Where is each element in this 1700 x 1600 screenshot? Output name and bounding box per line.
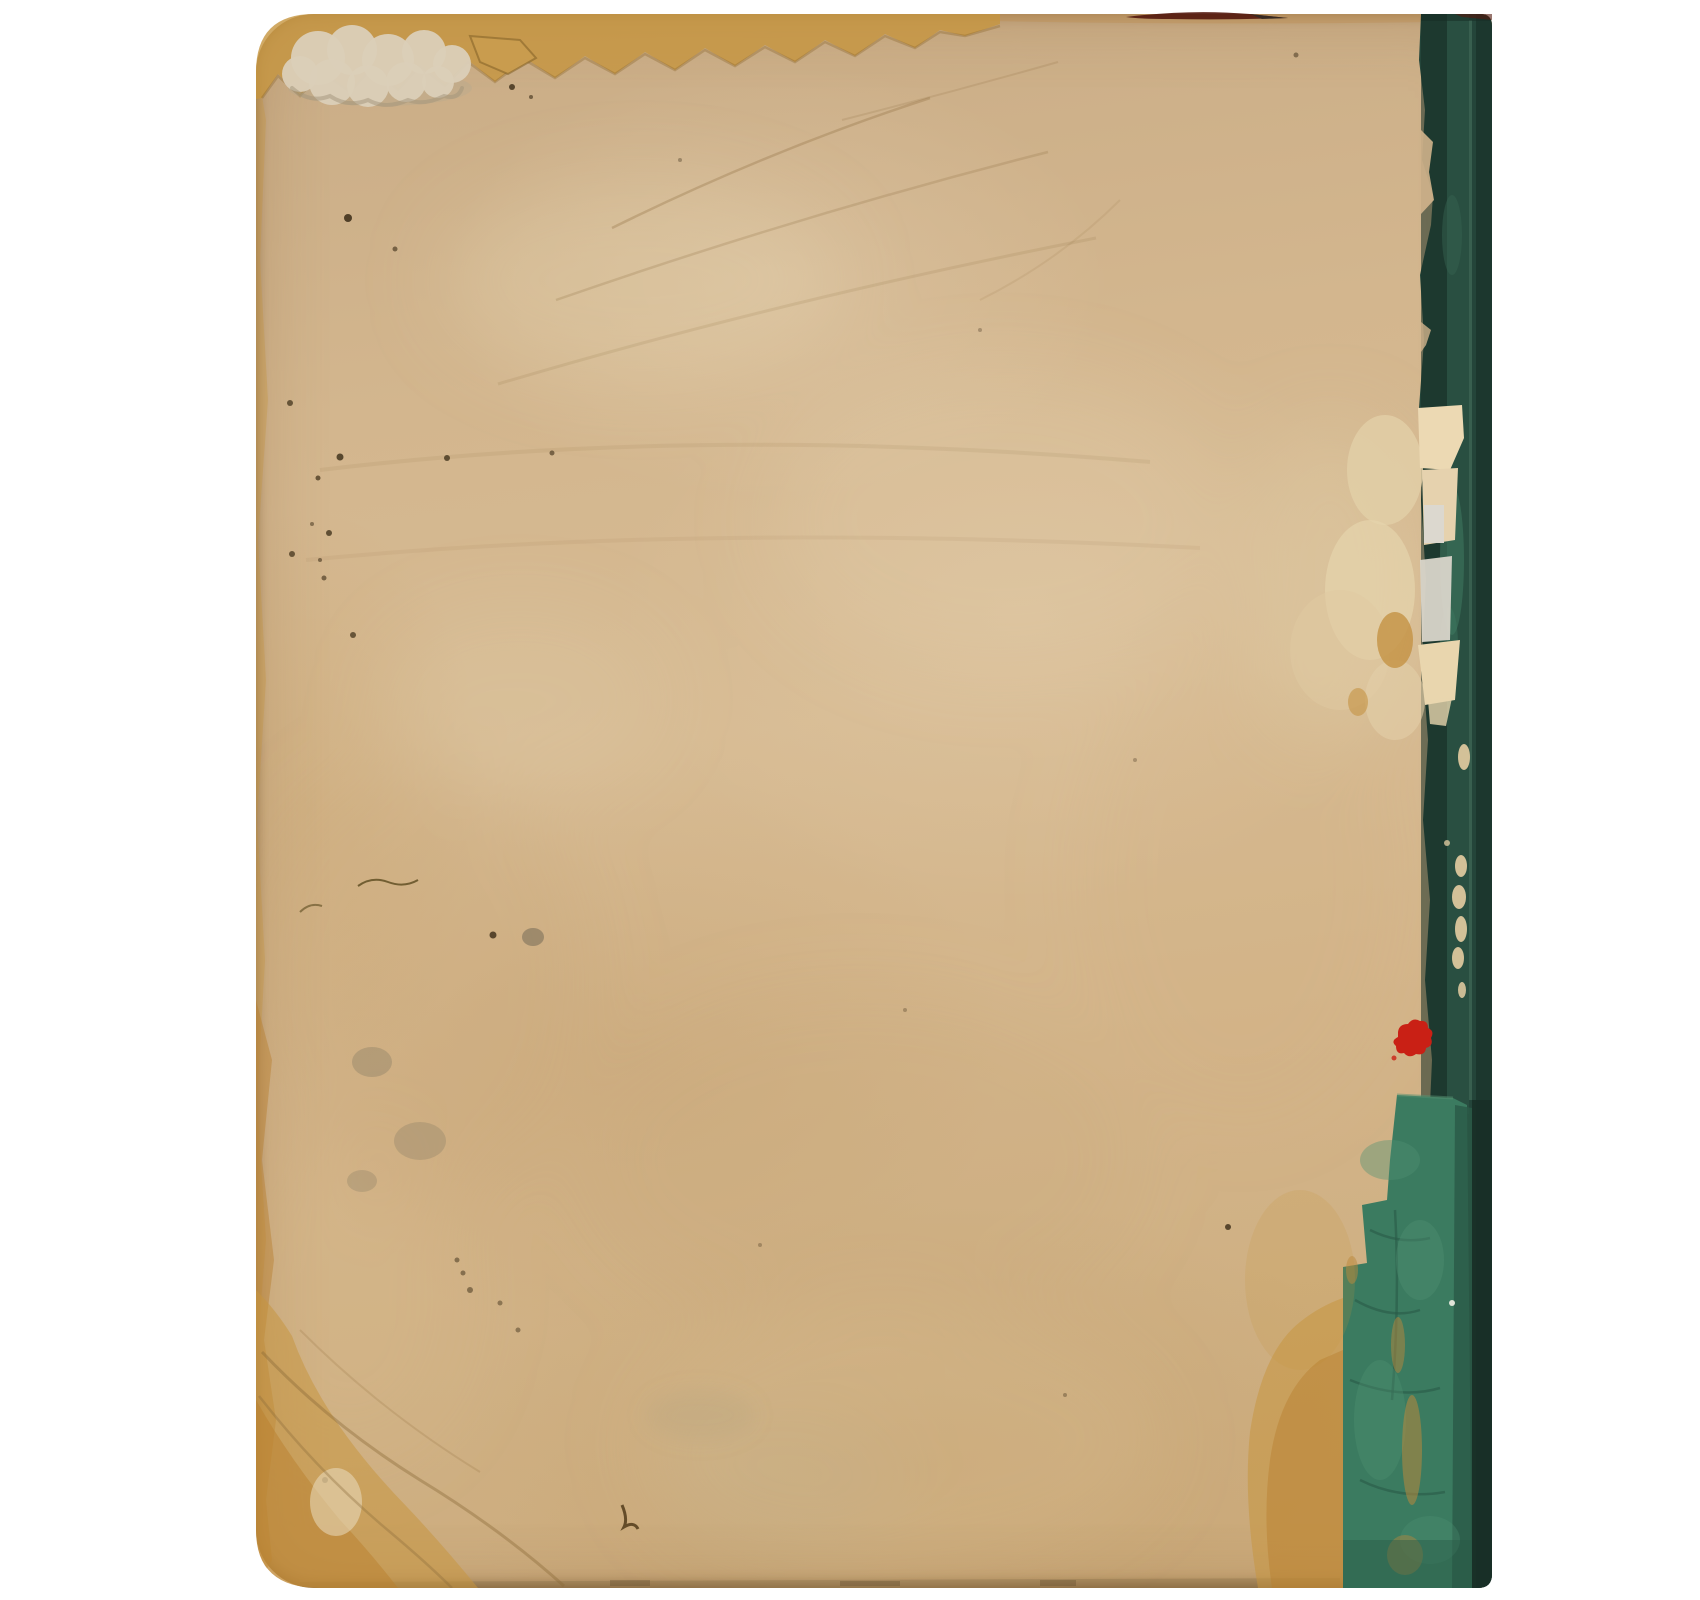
spine-foot-stain: [1245, 1190, 1355, 1588]
paper-tone-tints: [230, 180, 1420, 1570]
scanned-photo: [0, 0, 1700, 1600]
wear-overlay: [0, 0, 1700, 1600]
top-tear-band: [250, 10, 1000, 107]
cloth-flap: [1343, 1095, 1492, 1588]
